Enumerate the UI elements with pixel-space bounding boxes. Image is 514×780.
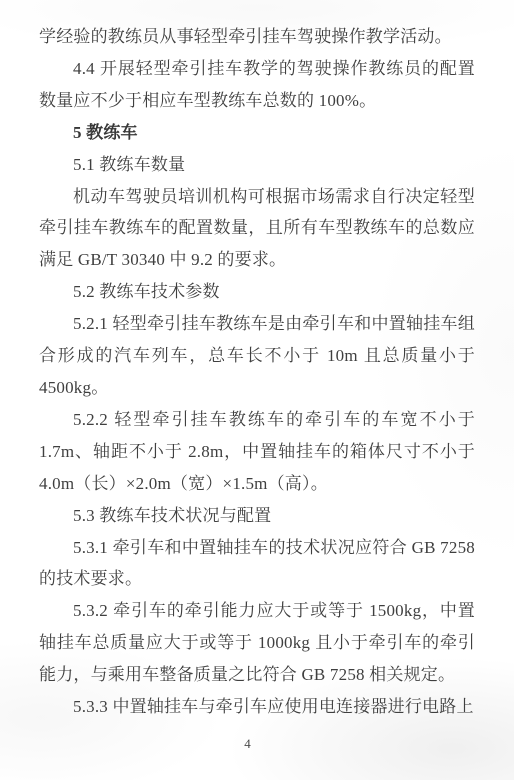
clause-5-1-heading: 5.1 教练车数量 xyxy=(39,149,475,181)
clause-5-2-1: 5.2.1 轻型牵引挂车教练车是由牵引车和中置轴挂车组合形成的汽车列车，总车长不… xyxy=(39,308,475,404)
document-page: 学经验的教练员从事轻型牵引挂车驾驶操作教学活动。 4.4 开展轻型牵引挂车教学的… xyxy=(0,0,514,780)
page-number: 4 xyxy=(0,736,496,752)
clause-5-3-1: 5.3.1 牵引车和中置轴挂车的技术状况应符合 GB 7258 的技术要求。 xyxy=(39,532,475,596)
clause-5-3-2: 5.3.2 牵引车的牵引能力应大于或等于 1500kg，中置轴挂车总质量应大于或… xyxy=(39,595,475,691)
clause-5-2-heading: 5.2 教练车技术参数 xyxy=(39,276,475,308)
clause-5-2-2: 5.2.2 轻型牵引挂车教练车的牵引车的车宽不小于 1.7m、轴距不小于 2.8… xyxy=(39,404,475,500)
clause-5-3-3: 5.3.3 中置轴挂车与牵引车应使用电连接器进行电路上 xyxy=(39,691,475,723)
clause-5-3-heading: 5.3 教练车技术状况与配置 xyxy=(39,500,475,532)
clause-4-4: 4.4 开展轻型牵引挂车教学的驾驶操作教练员的配置数量应不少于相应车型教练车总数… xyxy=(39,53,475,117)
clause-5-1-body: 机动车驾驶员培训机构可根据市场需求自行决定轻型牵引挂车教练车的配置数量，且所有车… xyxy=(39,181,475,277)
paragraph-continuation: 学经验的教练员从事轻型牵引挂车驾驶操作教学活动。 xyxy=(39,21,475,53)
section-5-heading: 5 教练车 xyxy=(39,117,475,149)
document-body: 学经验的教练员从事轻型牵引挂车驾驶操作教学活动。 4.4 开展轻型牵引挂车教学的… xyxy=(39,21,475,723)
